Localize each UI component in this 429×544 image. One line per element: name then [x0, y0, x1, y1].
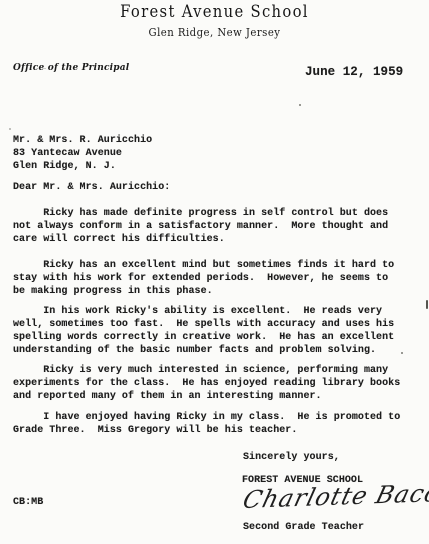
paragraph-promotion: I have enjoyed having Ricky in my class.… [13, 411, 400, 437]
paragraph-science-interest: Ricky is very much interested in science… [13, 364, 400, 403]
scan-speck [9, 128, 11, 130]
paragraph-self-control: Ricky has made definite progress in self… [13, 207, 388, 246]
salutation: Dear Mr. & Mrs. Auricchio: [13, 181, 170, 194]
valediction: Sincerely yours, [243, 451, 340, 464]
signer-title: Second Grade Teacher [243, 521, 364, 534]
school-location: Glen Ridge, New Jersey [17, 26, 412, 39]
scan-speck [44, 68, 46, 69]
recipient-address: Mr. & Mrs. R. Auricchio 83 Yantecaw Aven… [13, 134, 152, 173]
typist-initials: CB:MB [13, 496, 43, 509]
office-of-principal-label: Office of the Principal [13, 63, 129, 73]
paragraph-schoolwork-ability: In his work Ricky's ability is excellent… [13, 305, 394, 357]
letter-date: June 12, 1959 [305, 66, 403, 79]
scan-speck [299, 104, 301, 106]
scan-speck [401, 352, 403, 354]
scan-edge-mark [426, 300, 428, 309]
paragraph-excellent-mind: Ricky has an excellent mind but sometime… [13, 259, 394, 298]
letter-page: Forest Avenue School Glen Ridge, New Jer… [0, 0, 429, 544]
school-name: Forest Avenue School [28, 2, 401, 22]
